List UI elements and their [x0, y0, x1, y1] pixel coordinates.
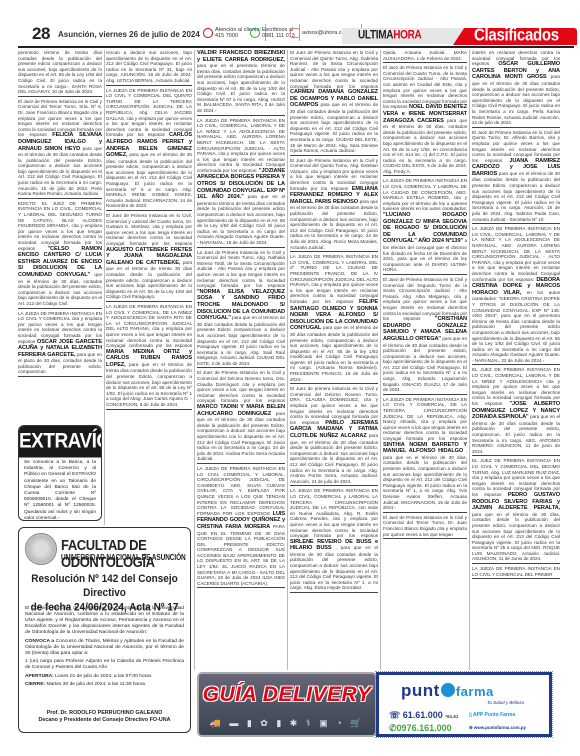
- page-number: 28: [32, 24, 50, 44]
- convoca-paragraph: CONVOCA a Concurso de Títulos, Méritos y…: [25, 639, 184, 657]
- legal-notice: El Juez de Primera Instancia en lo Civil…: [106, 213, 192, 302]
- legal-notice: El Juez de Primera Instancia en lo Civil…: [383, 65, 467, 176]
- contact-value: 415 7000: [215, 33, 238, 39]
- legal-notice: LA JUEZA DE PRIMERA INSTANCIA EN LO CIVI…: [472, 226, 560, 365]
- phone-icon: [203, 28, 213, 38]
- spouses-names: AUGUSTO CATTEBEKE FRETES Y JUANA MAGDALE…: [106, 247, 192, 266]
- legal-notice: rezcan a deducir sus acciones, bajo aper…: [106, 50, 192, 86]
- signature-block: Prof. Dr. RODOLFO PERRUCHINO GALEANO Dec…: [19, 710, 190, 724]
- legal-notice: El Juez de primera instancia en lo Civil…: [290, 386, 378, 486]
- closing-date: CIERRE: Martes 30 de julio del 2024, a l…: [25, 682, 184, 688]
- spouses-names: "LUCIANO ROGADO GONZALEZ C/ MINFA SEGOVI…: [383, 212, 467, 244]
- legal-notice: El Juez de Primera Instancia en lo Civil…: [383, 277, 467, 395]
- page-date: Asunción, viernes 26 de julio de 2024: [58, 30, 200, 39]
- legal-notice: EL JUEZ DE PRIMERA INSTANCIA EN LO CIVIL…: [472, 367, 560, 456]
- announcement-body: El Consejo Directivo de la Facultad de O…: [25, 606, 184, 691]
- column-divider: [469, 50, 470, 670]
- whatsapp-icon: [250, 28, 260, 38]
- legal-notice: LA JUEZA DE PRIMERA INSTANCIA EN LO CIVI…: [197, 118, 285, 248]
- header-divider: [18, 46, 574, 48]
- delivery-category-icons: 🚚 ▬ ▮ ✿ ▮ ✱ ⚕ ▣ ◔ 🛒: [199, 718, 375, 729]
- legal-notice: LA JUEZA DE PRIMERA INSTANCIA EN LO CIVI…: [18, 311, 102, 378]
- legal-notice: LA JUEZA DE PRIMERA INSTANCIA EN LO CIVI…: [383, 178, 467, 275]
- app-link: ▯ APP Punto Farma: [469, 712, 515, 718]
- legal-notice: El Juez de Primera Instancia en lo Civil…: [18, 99, 102, 199]
- extravio-title: EXTRAVÍO: [19, 425, 101, 458]
- column-4: El Juez de Primera Instancia en lo Civil…: [290, 50, 378, 668]
- column-divider: [380, 50, 381, 670]
- legal-notice: El Juez de Primera Instancia en lo Civil…: [290, 50, 378, 156]
- whatsapp-number: ✆0976.161.000: [389, 723, 452, 734]
- column-divider: [194, 50, 195, 670]
- extravio-body: Se comunica a la Banca, a la Industria, …: [19, 456, 101, 521]
- extravio-notice: EXTRAVÍO Se comunica a la Banca, a la In…: [18, 425, 102, 521]
- brand-logo: ULTIMAHORA: [358, 29, 421, 42]
- legal-notice: Ojeda, Actuaria Judicial. MARA AUXILIADO…: [383, 50, 467, 63]
- column-1: perentorio término de treinta días conta…: [18, 50, 102, 422]
- pharmacy-cross-icon: [441, 683, 455, 697]
- section-title: Clasificados: [474, 26, 559, 46]
- legal-notice: VALDIR FRANCISCO BRIEZINSKI y ELIETE CAR…: [197, 50, 285, 116]
- column-divider: [104, 50, 105, 525]
- university-seal-icon: [25, 533, 57, 565]
- guia-delivery-ad[interactable]: GUÍA DELIVERY 🚚 ▬ ▮ ✿ ▮ ✱ ⚕ ▣ ◔ 🛒: [197, 672, 377, 737]
- page-header: 28 Asunción, viernes 26 de julio de 2024…: [0, 0, 580, 44]
- legal-notice: EDICTO: EL JUEZ DE PRIMERA INSTANCIA EN …: [18, 201, 102, 309]
- legal-notice: LA JUEZA DE PRIMERA INSTANCIA EN LO CIVI…: [383, 397, 467, 513]
- legal-notice: LA JUEZA DE PRIMERA INSTANCIA EN LO CIVI…: [290, 254, 378, 384]
- legal-notice: El Juez de Primera Instancia en lo Civil…: [383, 515, 467, 539]
- legal-notice: interés en reclamar derechos contra la s…: [472, 50, 560, 128]
- column-divider: [287, 50, 288, 670]
- spouses-names: MARCO TADINI Y MARIA BELEN ACHUCARRO DOM…: [197, 404, 285, 417]
- legal-notice: LA JUEZA DE PRIMERA INSTANCIA EN LO CIVI…: [106, 88, 192, 211]
- intro-paragraph: El Consejo Directivo de la Facultad de O…: [25, 606, 184, 636]
- legal-notice: El Juez de Primera Instancia en lo Civil…: [472, 130, 560, 225]
- legal-notice: LA JUEZA DE PRIMERA INSTANCIA EN LO CIVI…: [197, 466, 285, 588]
- puntofarma-logo: puntfarma: [401, 681, 494, 701]
- spouses-names: SINTHIA NOEMI BARRETO Y MANUEL ALFONSO H…: [383, 442, 467, 455]
- legal-notice: LA JUEZA DE PRIMERA INSTANCIA EN LO CIVI…: [290, 488, 378, 593]
- column-5: Ojeda, Actuaria Judicial. MARA AUXILIADO…: [383, 50, 467, 668]
- column-6: interés en reclamar derechos contra la s…: [472, 50, 560, 668]
- website-link: ⊕ www.puntofarma.com.py: [469, 725, 526, 731]
- legal-notice: El Juez de Primera Instancia en lo Civil…: [290, 158, 378, 253]
- phone-number: ☏ 61.61.000 *61.61: [389, 710, 458, 721]
- mail-icon: [290, 28, 300, 38]
- delivery-title: GUÍA DELIVERY: [199, 683, 375, 707]
- faculty-announcement: FACULTAD DE ODONTOLOGÍA UNIVERSIDAD NACI…: [18, 527, 191, 733]
- university-name: UNIVERSIDAD NACIONAL DE ASUNCIÓN: [61, 554, 186, 562]
- puntofarma-tagline: Tu Salud y Belleza: [487, 700, 524, 705]
- spouses-names: VALDIR FRANCISCO BRIEZINSKI y ELIETE CAR…: [197, 50, 285, 63]
- column-3: VALDIR FRANCISCO BRIEZINSKI y ELIETE CAR…: [197, 50, 285, 668]
- legal-notice: LA JUEZA DE PRIMERA INSTANCIA EN LO CIVI…: [106, 304, 192, 410]
- puntofarma-ad[interactable]: puntfarma Tu Salud y Belleza ☏ 61.61.000…: [376, 672, 552, 737]
- opening-date: APERTURA: Lunes 01 de julio de 2024, a l…: [25, 674, 184, 680]
- legal-notice: La Juez de Primera Instancia en lo Civil…: [197, 250, 285, 369]
- legal-notice: LA JUEZA DE PRIMERA INSTANCIA EN LO CIVI…: [472, 566, 560, 579]
- column-2: rezcan a deducir sus acciones, bajo aper…: [106, 50, 192, 525]
- legal-notice: perentorio término de treinta días conta…: [18, 50, 102, 97]
- position-paragraph: 1 (un) cargo para Profesor Adjunto en la…: [25, 659, 184, 671]
- legal-notice: El Juez de Primera Instancia en lo Civil…: [197, 370, 285, 464]
- legal-notice: EL JUEZ DE PRIMERA INSTANCIA EN LO CIVIL…: [472, 458, 560, 564]
